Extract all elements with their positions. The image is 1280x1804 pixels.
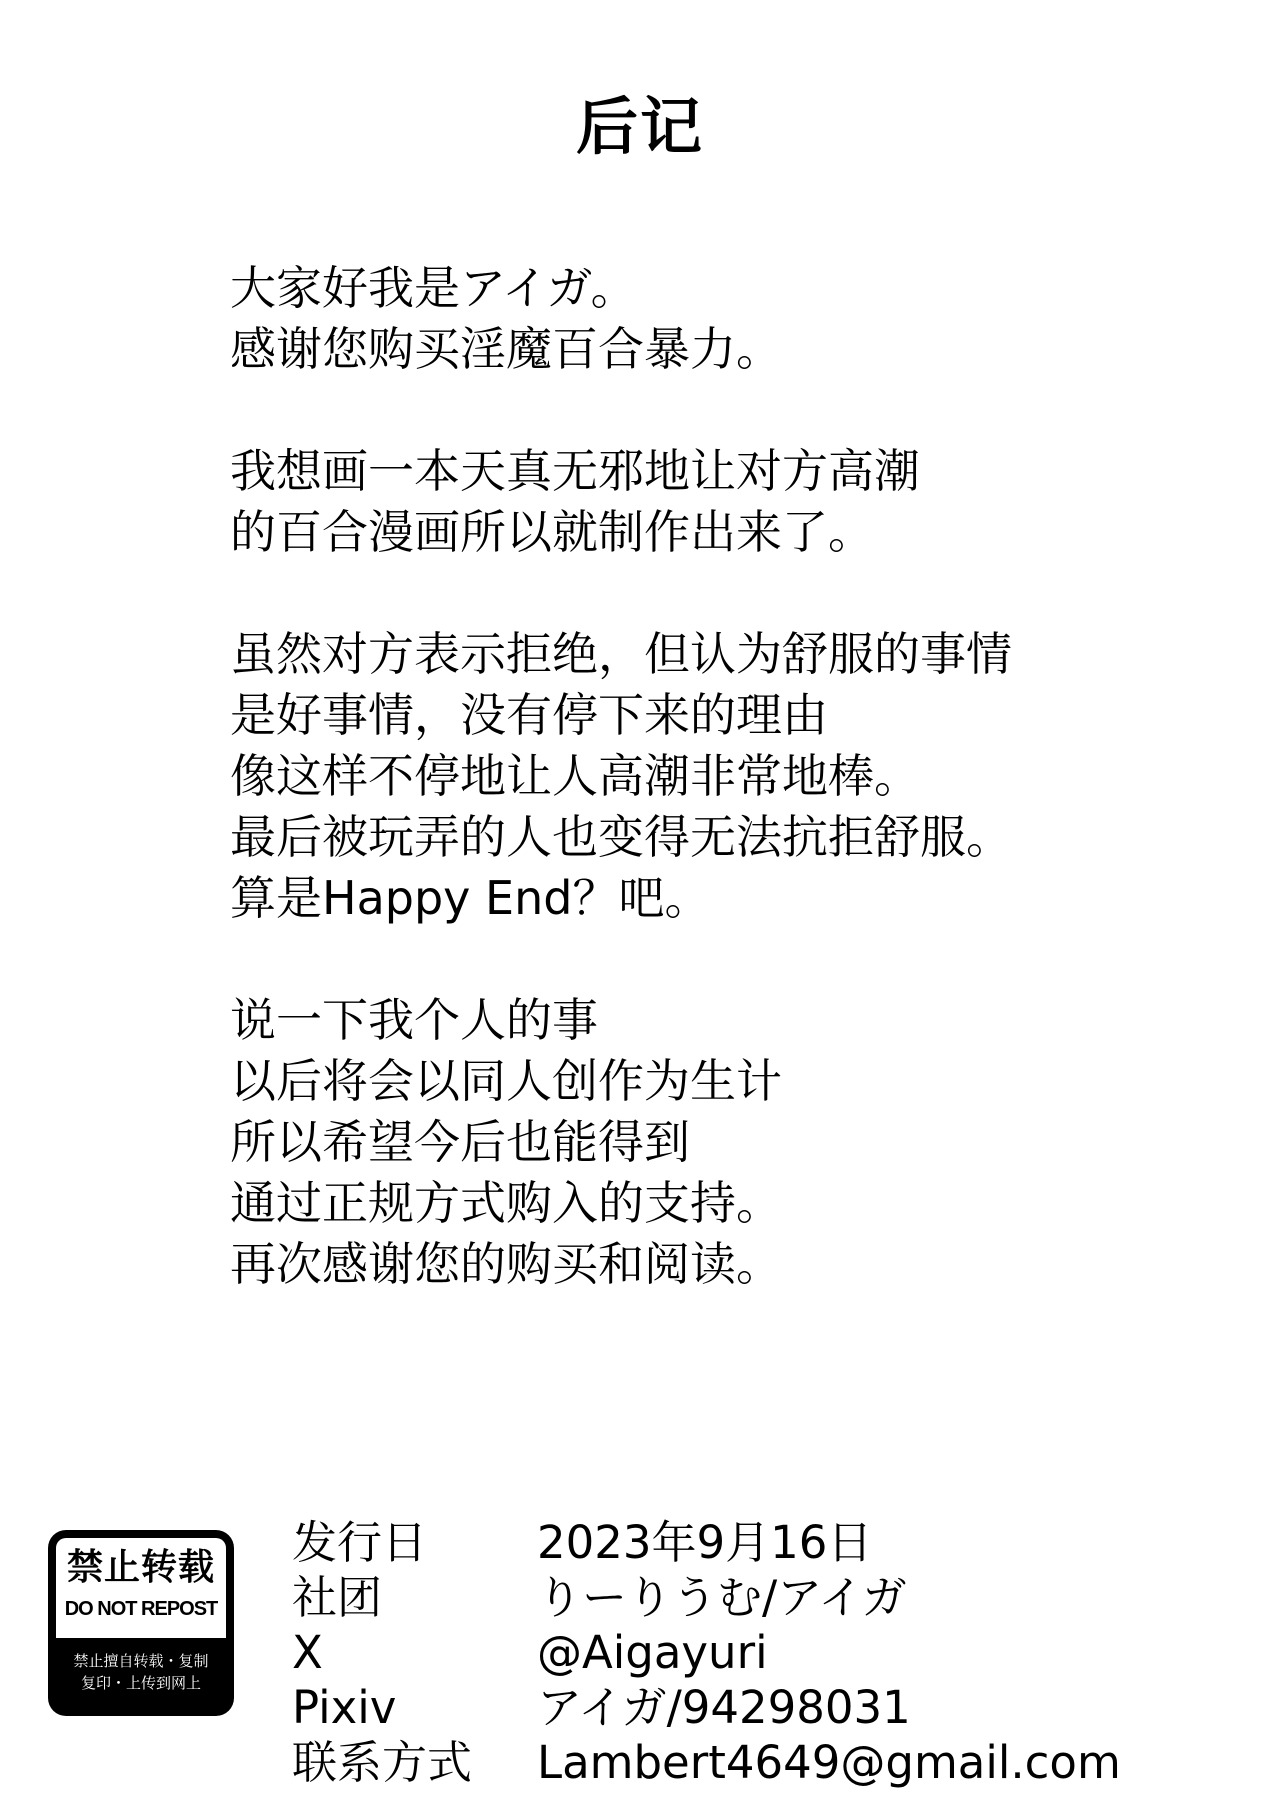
badge-note-line: 禁止擅自转载・复制 <box>56 1650 226 1672</box>
afterword-body: 大家好我是アイガ。 感谢您购买淫魔百合暴力。 我想画一本天真无邪地让对方高潮 的… <box>230 258 1230 1356</box>
text-line: 说一下我个人的事 <box>230 990 1230 1051</box>
colophon-value: りーりうむ/アイガ <box>537 1570 907 1625</box>
text-line: 所以希望今后也能得到 <box>230 1112 1230 1173</box>
paragraph-personal: 说一下我个人的事 以后将会以同人创作为生计 所以希望今后也能得到 通过正规方式购… <box>230 990 1230 1295</box>
paragraph-motivation: 我想画一本天真无邪地让对方高潮 的百合漫画所以就制作出来了。 <box>230 441 1230 563</box>
colophon-row-release-date: 发行日 2023年9月16日 <box>292 1515 1121 1570</box>
text-line: 像这样不停地让人高潮非常地棒。 <box>230 746 1230 807</box>
colophon-row-contact: 联系方式 Lambert4649@gmail.com <box>292 1735 1121 1790</box>
colophon-label: X <box>292 1625 537 1680</box>
colophon-label: 社团 <box>292 1570 537 1625</box>
colophon-row-x: X @Aigayuri <box>292 1625 1121 1680</box>
text-line: 再次感谢您的购买和阅读。 <box>230 1234 1230 1295</box>
text-line: 感谢您购买淫魔百合暴力。 <box>230 319 1230 380</box>
text-line: 最后被玩弄的人也变得无法抗拒舒服。 <box>230 807 1230 868</box>
badge-title-cn: 禁止转载 <box>56 1546 226 1590</box>
text-line: 是好事情，没有停下来的理由 <box>230 685 1230 746</box>
badge-note-line: 复印・上传到网上 <box>56 1672 226 1694</box>
text-line: 大家好我是アイガ。 <box>230 258 1230 319</box>
colophon-label: Pixiv <box>292 1680 537 1735</box>
do-not-repost-badge: 禁止转载 DO NOT REPOST 禁止擅自转载・复制 复印・上传到网上 <box>48 1530 234 1716</box>
colophon-value: @Aigayuri <box>537 1625 768 1680</box>
text-line: 通过正规方式购入的支持。 <box>230 1173 1230 1234</box>
page-title: 后记 <box>0 82 1280 172</box>
badge-note: 禁止擅自转载・复制 复印・上传到网上 <box>56 1638 226 1694</box>
paragraph-greeting: 大家好我是アイガ。 感谢您购买淫魔百合暴力。 <box>230 258 1230 380</box>
paragraph-story: 虽然对方表示拒绝，但认为舒服的事情 是好事情，没有停下来的理由 像这样不停地让人… <box>230 624 1230 929</box>
colophon-row-circle: 社团 りーりうむ/アイガ <box>292 1570 1121 1625</box>
badge-header: 禁止转载 DO NOT REPOST <box>56 1538 226 1638</box>
colophon-value: 2023年9月16日 <box>537 1515 872 1570</box>
colophon-value: Lambert4649@gmail.com <box>537 1735 1121 1790</box>
text-line: 的百合漫画所以就制作出来了。 <box>230 502 1230 563</box>
colophon-row-pixiv: Pixiv アイガ/94298031 <box>292 1680 1121 1735</box>
text-line: 以后将会以同人创作为生计 <box>230 1051 1230 1112</box>
colophon: 发行日 2023年9月16日 社团 りーりうむ/アイガ X @Aigayuri … <box>292 1515 1121 1790</box>
colophon-label: 发行日 <box>292 1515 537 1570</box>
colophon-value: アイガ/94298031 <box>537 1680 911 1735</box>
text-line: 算是Happy End？吧。 <box>230 868 1230 929</box>
text-line: 虽然对方表示拒绝，但认为舒服的事情 <box>230 624 1230 685</box>
badge-title-en: DO NOT REPOST <box>56 1596 226 1622</box>
colophon-label: 联系方式 <box>292 1735 537 1790</box>
text-line: 我想画一本天真无邪地让对方高潮 <box>230 441 1230 502</box>
